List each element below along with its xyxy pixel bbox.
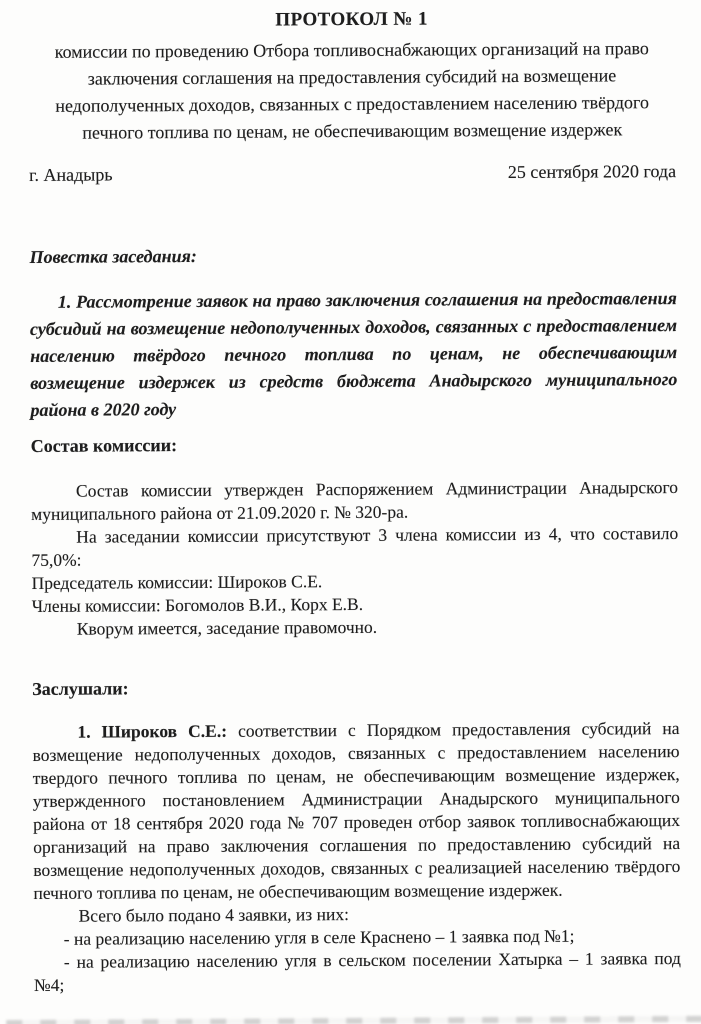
document-title: ПРОТОКОЛ № 1 [28,4,675,35]
scanned-document-page: ПРОТОКОЛ № 1 комиссии по проведению Отбо… [0,0,701,1024]
application-item-khatyrka: - на реализацию населению угля в сельско… [34,947,681,997]
document-place: г. Анадырь [29,162,113,187]
scan-edge-artifact [6,1016,701,1024]
commission-quorum-line: Кворум имеется, заседание правомочно. [32,614,679,641]
agenda-heading: Повестка заседания: [29,241,676,269]
applications-section: Всего было подано 4 заявки, из них: - на… [34,901,682,997]
document-subtitle: комиссии по проведению Отбора топливосна… [28,35,676,147]
commission-section: Состав комиссии утвержден Распоряжением … [31,476,679,641]
commission-heading: Состав комиссии: [31,430,678,458]
heard-heading: Заслушали: [32,673,679,701]
commission-approved-line: Состав комиссии утвержден Распоряжением … [31,476,678,526]
commission-attendance-line: На заседании комиссии присутствуют 3 чле… [31,522,678,572]
speech-text: соответствии с Порядком предоставления с… [33,718,681,903]
speaker-name: 1. Широков С.Е.: [77,721,227,742]
place-date-row: г. Анадырь 25 сентября 2020 года [29,159,676,187]
agenda-item: 1. Рассмотрение заявок на право заключен… [30,285,678,424]
document-date: 25 сентября 2020 года [508,159,676,184]
heard-speech-paragraph: 1. Широков С.Е.: соответствии с Порядком… [32,717,680,905]
